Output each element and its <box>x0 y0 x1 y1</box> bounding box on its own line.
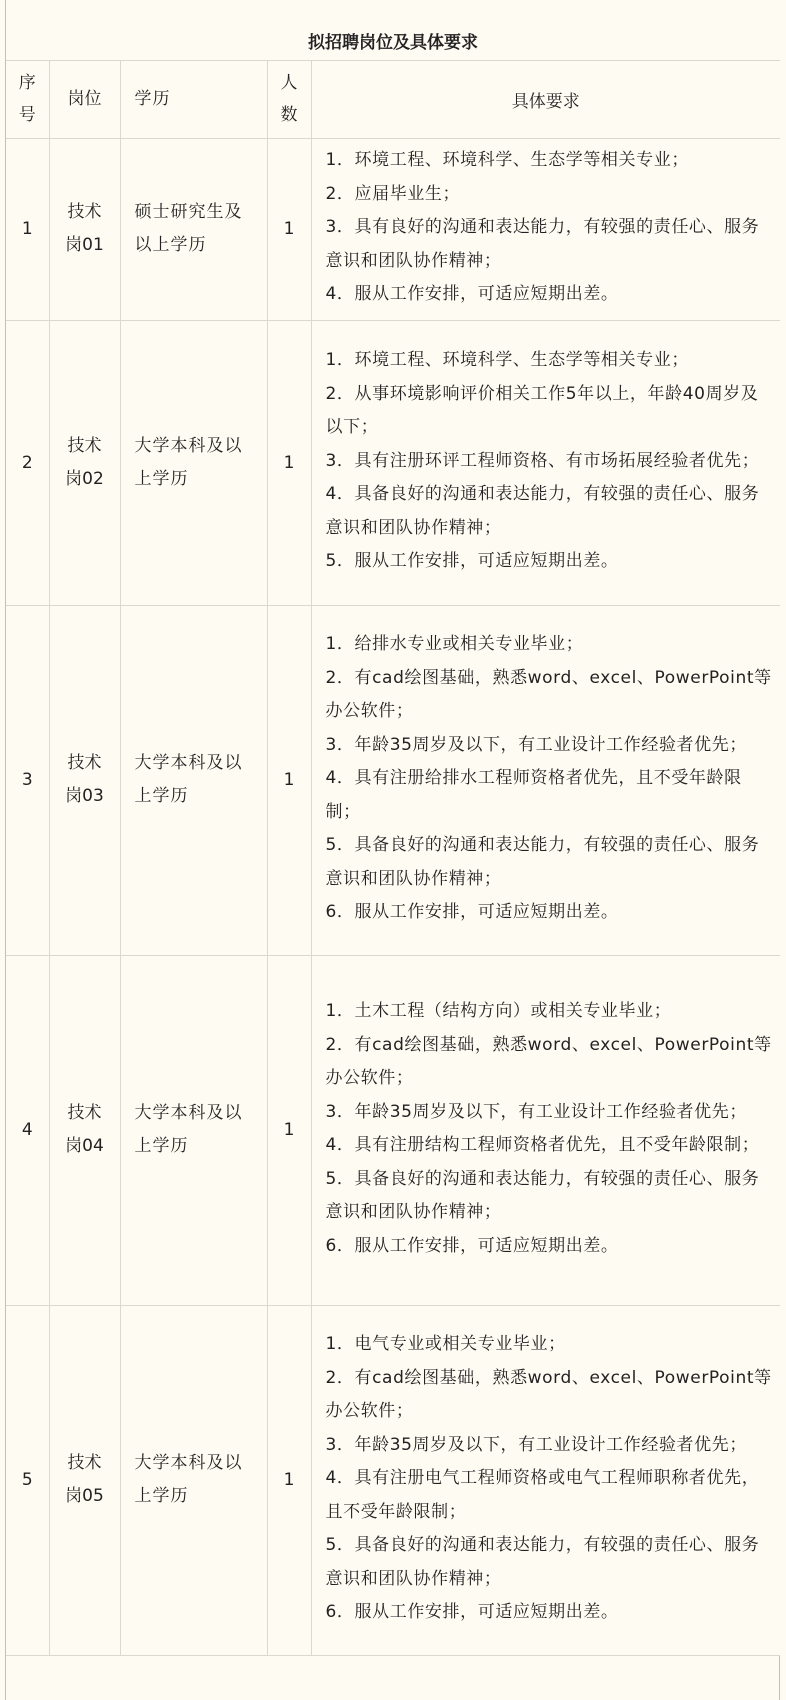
row-no: 1 <box>6 138 49 320</box>
row-education: 大学本科及以上学历 <box>120 320 267 605</box>
row-education: 硕士研究生及以上学历 <box>120 138 267 320</box>
position-line1: 技术 <box>50 747 120 780</box>
position-line1: 技术 <box>50 1447 120 1480</box>
header-count-line1: 人 <box>268 67 311 99</box>
requirement-item: 3．年龄35周岁及以下，有工业设计工作经验者优先； <box>326 1096 775 1130</box>
row-count: 1 <box>267 1305 311 1636</box>
requirement-item: 1．环境工程、环境科学、生态学等相关专业； <box>326 144 775 178</box>
requirement-item: 6．服从工作安排，可适应短期出差。 <box>326 1596 775 1630</box>
table-title: 拟招聘岗位及具体要求 <box>6 0 780 60</box>
row-count: 1 <box>267 138 311 320</box>
header-no-line2: 号 <box>6 99 49 131</box>
row-requirements: 1．电气专业或相关专业毕业； 2．有cad绘图基础，熟悉word、excel、P… <box>311 1305 780 1636</box>
header-no-line1: 序 <box>6 67 49 99</box>
table-row: 5 技术 岗05 大学本科及以上学历 1 1．电气专业或相关专业毕业； 2．有c… <box>6 1305 780 1636</box>
position-line2: 岗02 <box>50 463 120 496</box>
header-position: 岗位 <box>49 60 120 138</box>
position-line1: 技术 <box>50 430 120 463</box>
table-row: 4 技术 岗04 大学本科及以上学历 1 1．土木工程（结构方向）或相关专业毕业… <box>6 955 780 1305</box>
requirement-item: 5．具备良好的沟通和表达能力，有较强的责任心、服务意识和团队协作精神； <box>326 1529 775 1596</box>
row-no: 5 <box>6 1305 49 1636</box>
position-line2: 岗03 <box>50 780 120 813</box>
recruitment-table: 拟招聘岗位及具体要求 序 号 岗位 学历 人 数 具体要求 1 技术 岗01 硕… <box>6 0 780 1636</box>
requirement-item: 4．具有注册结构工程师资格者优先，且不受年龄限制； <box>326 1129 775 1163</box>
header-no: 序 号 <box>6 60 49 138</box>
row-position: 技术 岗05 <box>49 1305 120 1636</box>
row-requirements: 1．给排水专业或相关专业毕业； 2．有cad绘图基础，熟悉word、excel、… <box>311 605 780 955</box>
requirement-item: 1．电气专业或相关专业毕业； <box>326 1328 775 1362</box>
header-row: 序 号 岗位 学历 人 数 具体要求 <box>6 60 780 138</box>
requirement-item: 4．服从工作安排，可适应短期出差。 <box>326 278 775 312</box>
requirement-item: 5．具备良好的沟通和表达能力，有较强的责任心、服务意识和团队协作精神； <box>326 1163 775 1230</box>
requirement-item: 2．有cad绘图基础，熟悉word、excel、PowerPoint等办公软件； <box>326 662 775 729</box>
row-count: 1 <box>267 955 311 1305</box>
table-row: 1 技术 岗01 硕士研究生及以上学历 1 1．环境工程、环境科学、生态学等相关… <box>6 138 780 320</box>
requirement-item: 2．有cad绘图基础，熟悉word、excel、PowerPoint等办公软件； <box>326 1362 775 1429</box>
row-no: 3 <box>6 605 49 955</box>
row-position: 技术 岗03 <box>49 605 120 955</box>
row-position: 技术 岗01 <box>49 138 120 320</box>
requirement-item: 2．应届毕业生； <box>326 178 775 212</box>
table-row: 2 技术 岗02 大学本科及以上学历 1 1．环境工程、环境科学、生态学等相关专… <box>6 320 780 605</box>
table-row: 3 技术 岗03 大学本科及以上学历 1 1．给排水专业或相关专业毕业； 2．有… <box>6 605 780 955</box>
row-requirements: 1．土木工程（结构方向）或相关专业毕业； 2．有cad绘图基础，熟悉word、e… <box>311 955 780 1305</box>
header-education: 学历 <box>120 60 267 138</box>
requirement-item: 3．年龄35周岁及以下，有工业设计工作经验者优先； <box>326 1429 775 1463</box>
row-requirements: 1．环境工程、环境科学、生态学等相关专业； 2．应届毕业生； 3．具有良好的沟通… <box>311 138 780 320</box>
requirement-item: 3．具有良好的沟通和表达能力，有较强的责任心、服务意识和团队协作精神； <box>326 211 775 278</box>
header-count-line2: 数 <box>268 99 311 131</box>
requirement-item: 1．土木工程（结构方向）或相关专业毕业； <box>326 995 775 1029</box>
row-count: 1 <box>267 320 311 605</box>
requirement-item: 1．环境工程、环境科学、生态学等相关专业； <box>326 344 775 378</box>
requirement-item: 2．从事环境影响评价相关工作5年以上，年龄40周岁及以下； <box>326 378 775 445</box>
header-requirements: 具体要求 <box>311 60 780 138</box>
row-education: 大学本科及以上学历 <box>120 1305 267 1636</box>
requirement-item: 5．具备良好的沟通和表达能力，有较强的责任心、服务意识和团队协作精神； <box>326 829 775 896</box>
requirement-item: 2．有cad绘图基础，熟悉word、excel、PowerPoint等办公软件； <box>326 1029 775 1096</box>
row-position: 技术 岗02 <box>49 320 120 605</box>
requirement-item: 3．年龄35周岁及以下，有工业设计工作经验者优先； <box>326 729 775 763</box>
requirement-item: 4．具备良好的沟通和表达能力，有较强的责任心、服务意识和团队协作精神； <box>326 478 775 545</box>
requirement-item: 6．服从工作安排，可适应短期出差。 <box>326 896 775 930</box>
position-line1: 技术 <box>50 196 120 229</box>
row-education: 大学本科及以上学历 <box>120 605 267 955</box>
row-no: 2 <box>6 320 49 605</box>
position-line2: 岗04 <box>50 1130 120 1163</box>
row-position: 技术 岗04 <box>49 955 120 1305</box>
row-no: 4 <box>6 955 49 1305</box>
position-line1: 技术 <box>50 1097 120 1130</box>
requirement-item: 3．具有注册环评工程师资格、有市场拓展经验者优先； <box>326 445 775 479</box>
header-count: 人 数 <box>267 60 311 138</box>
row-requirements: 1．环境工程、环境科学、生态学等相关专业； 2．从事环境影响评价相关工作5年以上… <box>311 320 780 605</box>
position-line2: 岗05 <box>50 1480 120 1513</box>
row-education: 大学本科及以上学历 <box>120 955 267 1305</box>
requirement-item: 6．服从工作安排，可适应短期出差。 <box>326 1230 775 1264</box>
requirement-item: 1．给排水专业或相关专业毕业； <box>326 628 775 662</box>
row-count: 1 <box>267 605 311 955</box>
requirement-item: 5．服从工作安排，可适应短期出差。 <box>326 545 775 579</box>
position-line2: 岗01 <box>50 229 120 262</box>
requirement-item: 4．具有注册电气工程师资格或电气工程师职称者优先，且不受年龄限制； <box>326 1462 775 1529</box>
requirement-item: 4．具有注册给排水工程师资格者优先，且不受年龄限制； <box>326 762 775 829</box>
